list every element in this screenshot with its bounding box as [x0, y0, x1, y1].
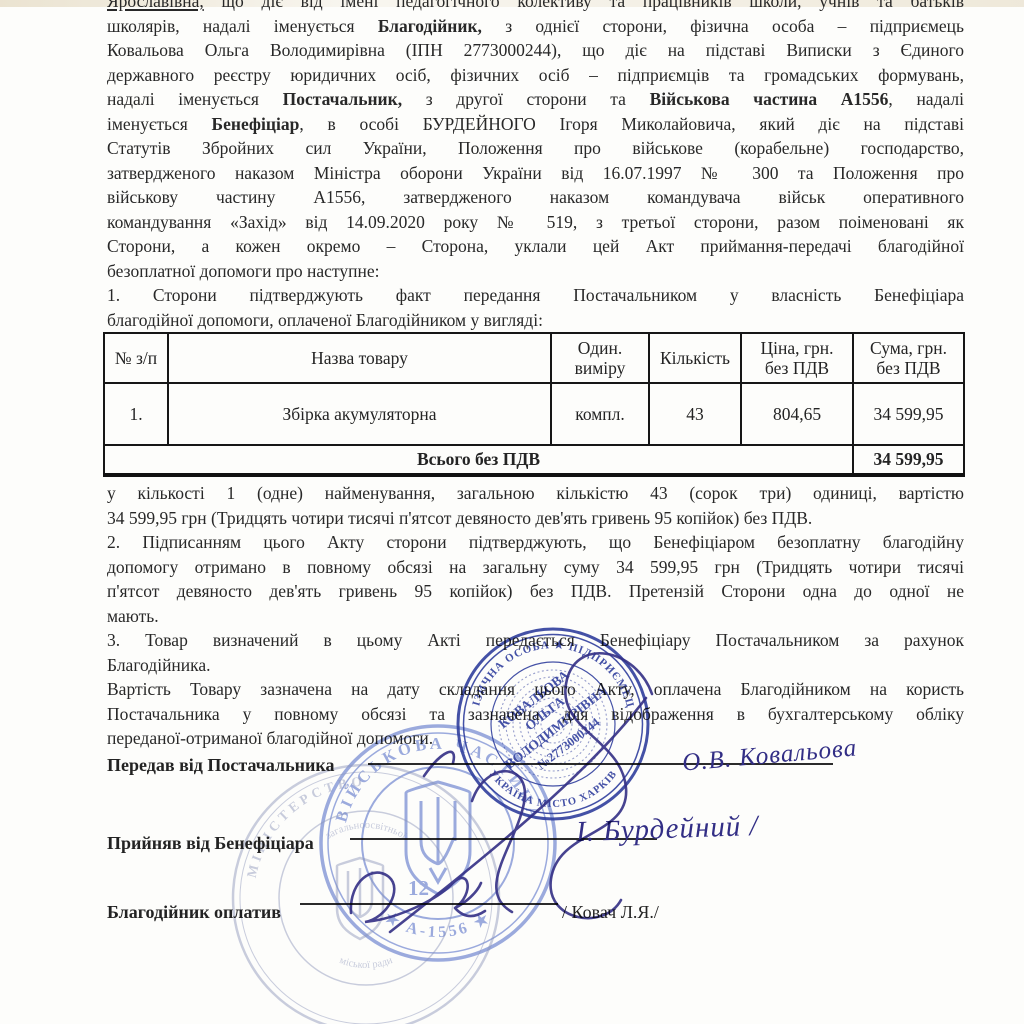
col-header-num: № з/п [104, 333, 168, 383]
text-line: безоплатної допомоги про наступне: [107, 259, 964, 284]
text-line: Статутів Збройних сил України, Положення… [107, 136, 964, 161]
military-stamp-number: 12 [408, 876, 429, 900]
signature-label-supplier: Передав від Постачальника [107, 755, 335, 776]
text-line: п'ятсот девяносто дев'ять гривень 95 коп… [107, 579, 964, 604]
preamble-paragraph: Ярославівна, що діє від імені педагогічн… [107, 0, 964, 283]
school-stamp-outer-text: МІНІСТЕРСТВО [244, 774, 367, 879]
text-line: допомогу отримано в повному обсязі на за… [107, 555, 964, 580]
school-stamp-inner-bottom-text: міської ради [338, 955, 395, 971]
svg-text:міської ради: міської ради [338, 955, 395, 971]
signature-label-benefactor: Благодійник оплатив [107, 902, 281, 923]
text-line: іменується Бенефіціар, в особі БУРДЕЙНОГ… [107, 112, 964, 137]
total-label: Всього без ПДВ [104, 445, 853, 475]
school-trident-emblem [337, 858, 383, 939]
cell-num: 1. [104, 383, 168, 445]
ink-benefactor-signature [351, 873, 481, 922]
cell-unit: компл. [551, 383, 649, 445]
col-header-name: Назва товару [168, 333, 551, 383]
text-line: школярів, надалі іменується Благодійник,… [107, 14, 964, 39]
text-line: командування «Захід» від 14.09.2020 року… [107, 210, 964, 235]
text-line: надалі іменується Постачальник, з другої… [107, 87, 964, 112]
goods-table: № з/п Назва товару Один. виміру Кількіст… [103, 332, 965, 477]
text-line: державного реєстру юридичних осіб, фізич… [107, 63, 964, 88]
col-header-sum: Сума, грн. без ПДВ [853, 333, 964, 383]
text-line: 3. Товар визначений в цьому Акті передає… [107, 628, 964, 653]
total-value: 34 599,95 [853, 445, 964, 475]
svg-text:★ А-1556 ★: ★ А-1556 ★ [381, 909, 494, 941]
svg-text:МІНІСТЕРСТВО: МІНІСТЕРСТВО [244, 774, 367, 879]
text-line: у кількості 1 (одне) найменування, загал… [107, 481, 964, 506]
text-line: затвердженого наказом Міністра оборони У… [107, 161, 964, 186]
text-line: Вартість Товару зазначена на дату склада… [107, 677, 964, 702]
cell-name: Збірка акумуляторна [168, 383, 551, 445]
cell-qty: 43 [649, 383, 741, 445]
text-line: Ярославівна, що діє від імені педагогічн… [107, 0, 964, 14]
text-line: Постачальника у повному обсязі та зазнач… [107, 702, 964, 727]
text-line: благодійної допомоги, оплаченої Благодій… [107, 308, 964, 333]
cell-sum: 34 599,95 [853, 383, 964, 445]
col-header-price: Ціна, грн. без ПДВ [741, 333, 853, 383]
text-line: військову частину А1556, затвердженого н… [107, 185, 964, 210]
signature-label-beneficiary: Прийняв від Бенефіціара [107, 833, 314, 854]
table-row: 1. Збірка акумуляторна компл. 43 804,65 … [104, 383, 964, 445]
text-line: 1. Сторони підтверджують факт передання … [107, 283, 964, 308]
scanned-document-page: Ярославівна, що діє від імені педагогічн… [0, 0, 1024, 1024]
school-stamp: МІНІСТЕРСТВО загальноосвітньої міської р… [233, 765, 499, 1024]
text-line: 34 599,95 грн (Тридцять чотири тисячі п'… [107, 506, 964, 531]
cell-price: 804,65 [741, 383, 853, 445]
text-line: 2. Підписанням цього Акту сторони підтве… [107, 530, 964, 555]
text-line: Благодійника. [107, 653, 964, 678]
military-unit-stamp: ВІЙСЬКОВА ЧАСТИНА ★ А-1556 ★ 12 [321, 726, 555, 960]
document-body: Ярославівна, що діє від імені педагогічн… [107, 0, 964, 751]
printed-name-benefactor: / Ковач Л.Я./ [562, 902, 659, 923]
col-header-unit: Один. виміру [551, 333, 649, 383]
col-header-qty: Кількість [649, 333, 741, 383]
signature-line-benefactor [300, 903, 558, 905]
ink-benefactor-flick [455, 908, 485, 916]
ink-loop-3 [472, 771, 525, 912]
military-stamp-ring-bottom-text: ★ А-1556 ★ [381, 909, 494, 941]
table-total-row: Всього без ПДВ 34 599,95 [104, 445, 964, 475]
text-line: мають. [107, 604, 964, 629]
closing-paragraphs: у кількості 1 (одне) найменування, загал… [107, 481, 964, 751]
table-header-row: № з/п Назва товару Один. виміру Кількіст… [104, 333, 964, 383]
clause-1-paragraph: 1. Сторони підтверджують факт передання … [107, 283, 964, 332]
text-line: Ковальова Ольга Володимирівна (ІПН 27730… [107, 38, 964, 63]
handwritten-signature-beneficiary: І. Бурдейний / [575, 810, 759, 849]
text-line: Сторони, а кожен окремо – Сторона, уклал… [107, 234, 964, 259]
